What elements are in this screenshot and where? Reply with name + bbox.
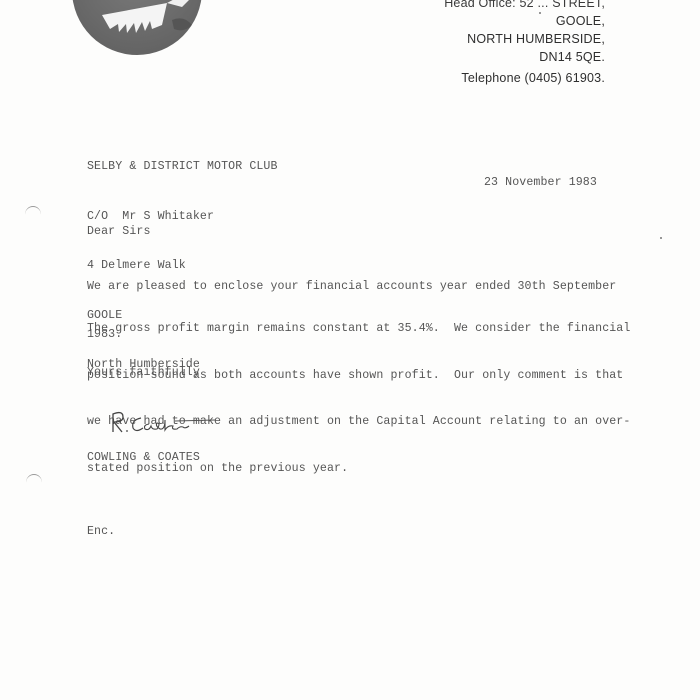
recipient-line: C/O Mr S Whitaker [87, 209, 278, 226]
closing: Yours faithfully [87, 366, 200, 379]
recipient-line: SELBY & DISTRICT MOTOR CLUB [87, 159, 278, 176]
salutation: Dear Sirs [87, 225, 151, 238]
letterhead-town: GOOLE, [444, 12, 605, 30]
paper-speck [539, 12, 541, 14]
letter-page: Head Office: 52 ... STREET, GOOLE, NORTH… [0, 0, 700, 700]
letterhead-cut-line: Head Office: 52 ... STREET, [444, 0, 605, 12]
letter-date: 23 November 1983 [484, 176, 597, 189]
firm-name: COWLING & COATES [87, 451, 200, 464]
letterhead-telephone: Telephone (0405) 61903. [444, 69, 605, 87]
body-line: The gross profit margin remains constant… [87, 321, 647, 337]
punch-hole-mark [26, 474, 42, 491]
handwritten-signature [105, 408, 225, 443]
paper-speck [660, 237, 662, 239]
letterhead-postcode: DN14 5QE. [444, 48, 605, 66]
letterhead-address: Head Office: 52 ... STREET, GOOLE, NORTH… [444, 0, 605, 87]
letterhead-county: NORTH HUMBERSIDE, [444, 30, 605, 48]
punch-hole-mark [25, 206, 41, 223]
body-paragraph-2: The gross profit margin remains constant… [87, 290, 647, 507]
enclosure-note: Enc. [87, 525, 115, 538]
bird-emblem-icon [72, 0, 202, 55]
